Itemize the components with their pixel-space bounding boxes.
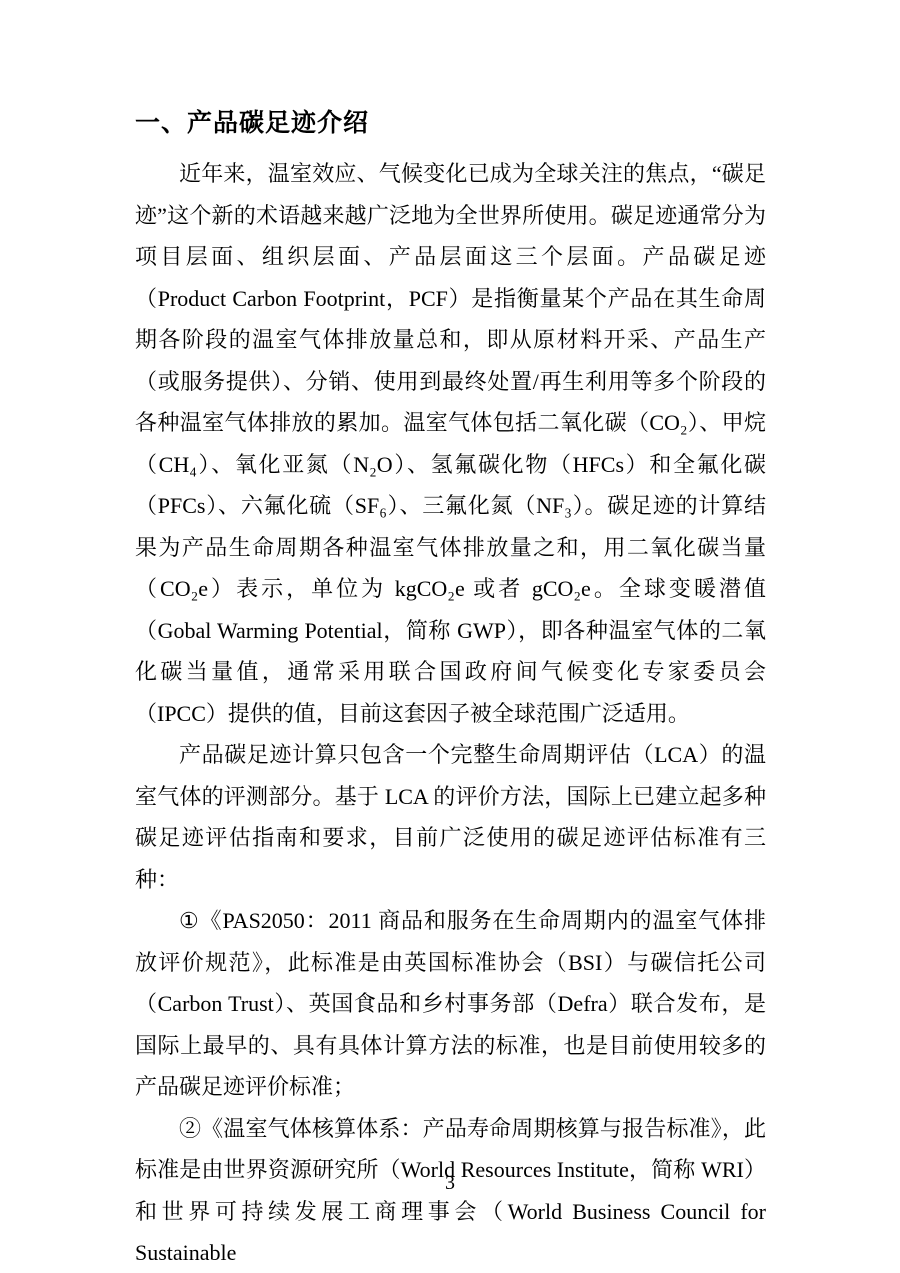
paragraph-lca-standards: 产品碳足迹计算只包含一个完整生命周期评估（LCA）的温室气体的评测部分。基于 L… <box>135 734 766 900</box>
page-number: 3 <box>0 1168 900 1198</box>
document-page: 一、产品碳足迹介绍 近年来，温室效应、气候变化已成为全球关注的焦点，“碳足迹”这… <box>0 0 900 1273</box>
paragraph-standard-pas2050: ①《PAS2050：2011 商品和服务在生命周期内的温室气体排放评价规范》，此… <box>135 900 766 1108</box>
page-content: 一、产品碳足迹介绍 近年来，温室效应、气候变化已成为全球关注的焦点，“碳足迹”这… <box>135 108 766 1273</box>
paragraph-intro-carbon-footprint: 近年来，温室效应、气候变化已成为全球关注的焦点，“碳足迹”这个新的术语越来越广泛… <box>135 153 766 734</box>
section-heading: 一、产品碳足迹介绍 <box>135 108 766 138</box>
